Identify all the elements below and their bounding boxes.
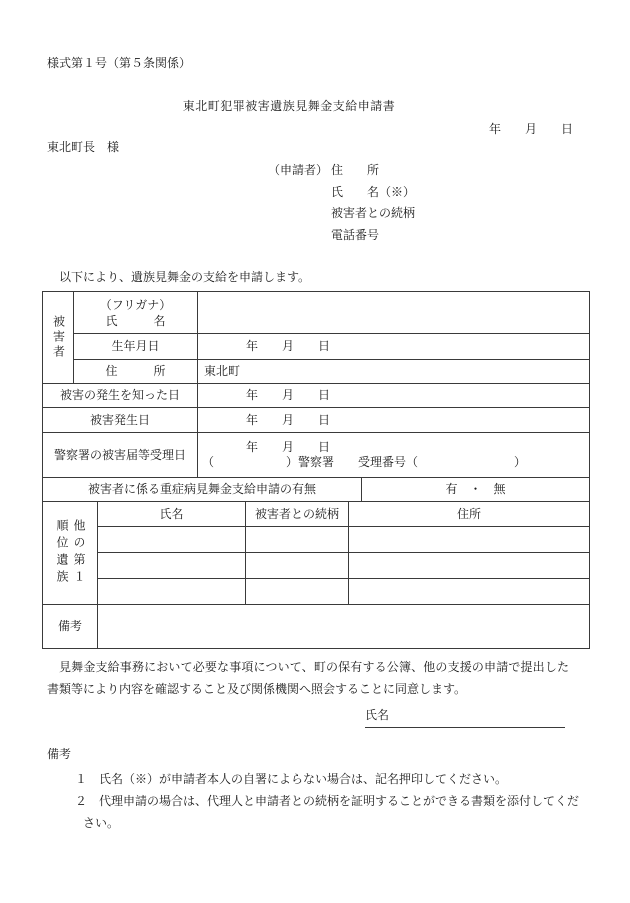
family-group-label: 他の第１ 順位遺族 bbox=[53, 519, 87, 587]
victim-address-value-cell: 東北町 bbox=[198, 360, 589, 384]
serious-illness-label-cell: 被害者に係る重症病見舞金支給申請の有無 bbox=[43, 478, 362, 502]
family-row1-address-cell bbox=[349, 527, 589, 553]
family-row3-address-cell bbox=[349, 579, 589, 605]
known-date-label-cell: 被害の発生を知った日 bbox=[43, 384, 198, 408]
birthdate-value-cell: 年 月 日 bbox=[198, 334, 589, 360]
serious-illness-choice-cell: 有 ・ 無 bbox=[362, 478, 589, 502]
family-row1-name-cell bbox=[98, 527, 246, 553]
birthdate-value: 年 月 日 bbox=[198, 339, 589, 354]
applicant-address-label: 住 所 bbox=[331, 163, 415, 185]
remarks-value-cell bbox=[98, 605, 589, 648]
birthdate-label-cell: 生年月日 bbox=[74, 334, 198, 360]
applicant-label: （申請者） bbox=[268, 163, 328, 249]
victim-group-label: 被害者 bbox=[50, 315, 67, 360]
signature-line: 氏名 bbox=[365, 708, 565, 728]
applicant-block: （申請者） 住 所 氏 名（※） 被害者との続柄 電話番号 bbox=[268, 163, 415, 249]
victim-name-label-cell: （フリガナ） 氏 名 bbox=[74, 292, 198, 334]
applicant-name-label: 氏 名（※） bbox=[331, 185, 415, 207]
applicant-phone-label: 電話番号 bbox=[331, 228, 415, 250]
family-group-label-cell: 他の第１ 順位遺族 bbox=[43, 502, 98, 605]
date-line: 年 月 日 bbox=[489, 122, 573, 137]
family-row2-name-cell bbox=[98, 553, 246, 579]
occurrence-date-value-cell: 年 月 日 bbox=[198, 408, 589, 433]
notes-heading: 備考 bbox=[47, 747, 71, 762]
victim-name-value-cell bbox=[198, 292, 589, 334]
column-header-name: 氏名 bbox=[98, 502, 246, 527]
family-row2-address-cell bbox=[349, 553, 589, 579]
notes-list: １ 氏名（※）が申請者本人の自署によらない場合は、記名押印してください。 ２ 代… bbox=[75, 768, 585, 834]
police-report-date: 年 月 日 bbox=[198, 440, 589, 455]
police-report-label-cell: 警察署の被害届等受理日 bbox=[43, 433, 198, 478]
note-item-2: ２ 代理申請の場合は、代理人と申請者との続柄を証明することができる書類を添付して… bbox=[75, 790, 585, 834]
victim-name-label: 氏 名 bbox=[105, 313, 165, 329]
police-station-and-number: （ ）警察署 受理番号（ ） bbox=[198, 455, 589, 470]
victim-address-label-cell: 住 所 bbox=[74, 360, 198, 384]
column-header-address: 住所 bbox=[349, 502, 589, 527]
form-page: 様式第１号（第５条関係） 東北町犯罪被害遺族見舞金支給申請書 年 月 日 東北町… bbox=[0, 0, 630, 903]
victim-group-label-cell: 被害者 bbox=[43, 292, 74, 384]
known-date-value: 年 月 日 bbox=[198, 388, 589, 403]
applicant-relation-label: 被害者との続柄 bbox=[331, 206, 415, 228]
family-row1-relation-cell bbox=[246, 527, 349, 553]
occurrence-date-value: 年 月 日 bbox=[198, 413, 589, 428]
column-header-relation: 被害者との続柄 bbox=[246, 502, 349, 527]
consent-paragraph: 見舞金支給事務において必要な事項について、町の保有する公簿、他の支援の申請で提出… bbox=[47, 656, 569, 700]
occurrence-date-label-cell: 被害発生日 bbox=[43, 408, 198, 433]
family-row3-relation-cell bbox=[246, 579, 349, 605]
addressee: 東北町長 様 bbox=[47, 140, 119, 155]
page-title: 東北町犯罪被害遺族見舞金支給申請書 bbox=[42, 99, 536, 114]
known-date-value-cell: 年 月 日 bbox=[198, 384, 589, 408]
family-row2-relation-cell bbox=[246, 553, 349, 579]
family-row3-name-cell bbox=[98, 579, 246, 605]
application-table: 被害者 （フリガナ） 氏 名 生年月日 年 月 日 住 所 東北町 被害の発生を… bbox=[42, 291, 590, 649]
police-report-value-cell: 年 月 日 （ ）警察署 受理番号（ ） bbox=[198, 433, 589, 478]
intro-sentence: 以下により、遺族見舞金の支給を申請します。 bbox=[47, 270, 310, 285]
note-item-1: １ 氏名（※）が申請者本人の自署によらない場合は、記名押印してください。 bbox=[75, 768, 585, 790]
remarks-label-cell: 備考 bbox=[43, 605, 98, 648]
form-number: 様式第１号（第５条関係） bbox=[47, 56, 191, 71]
furigana-label: （フリガナ） bbox=[100, 297, 171, 313]
signature-name-label: 氏名 bbox=[365, 708, 389, 722]
